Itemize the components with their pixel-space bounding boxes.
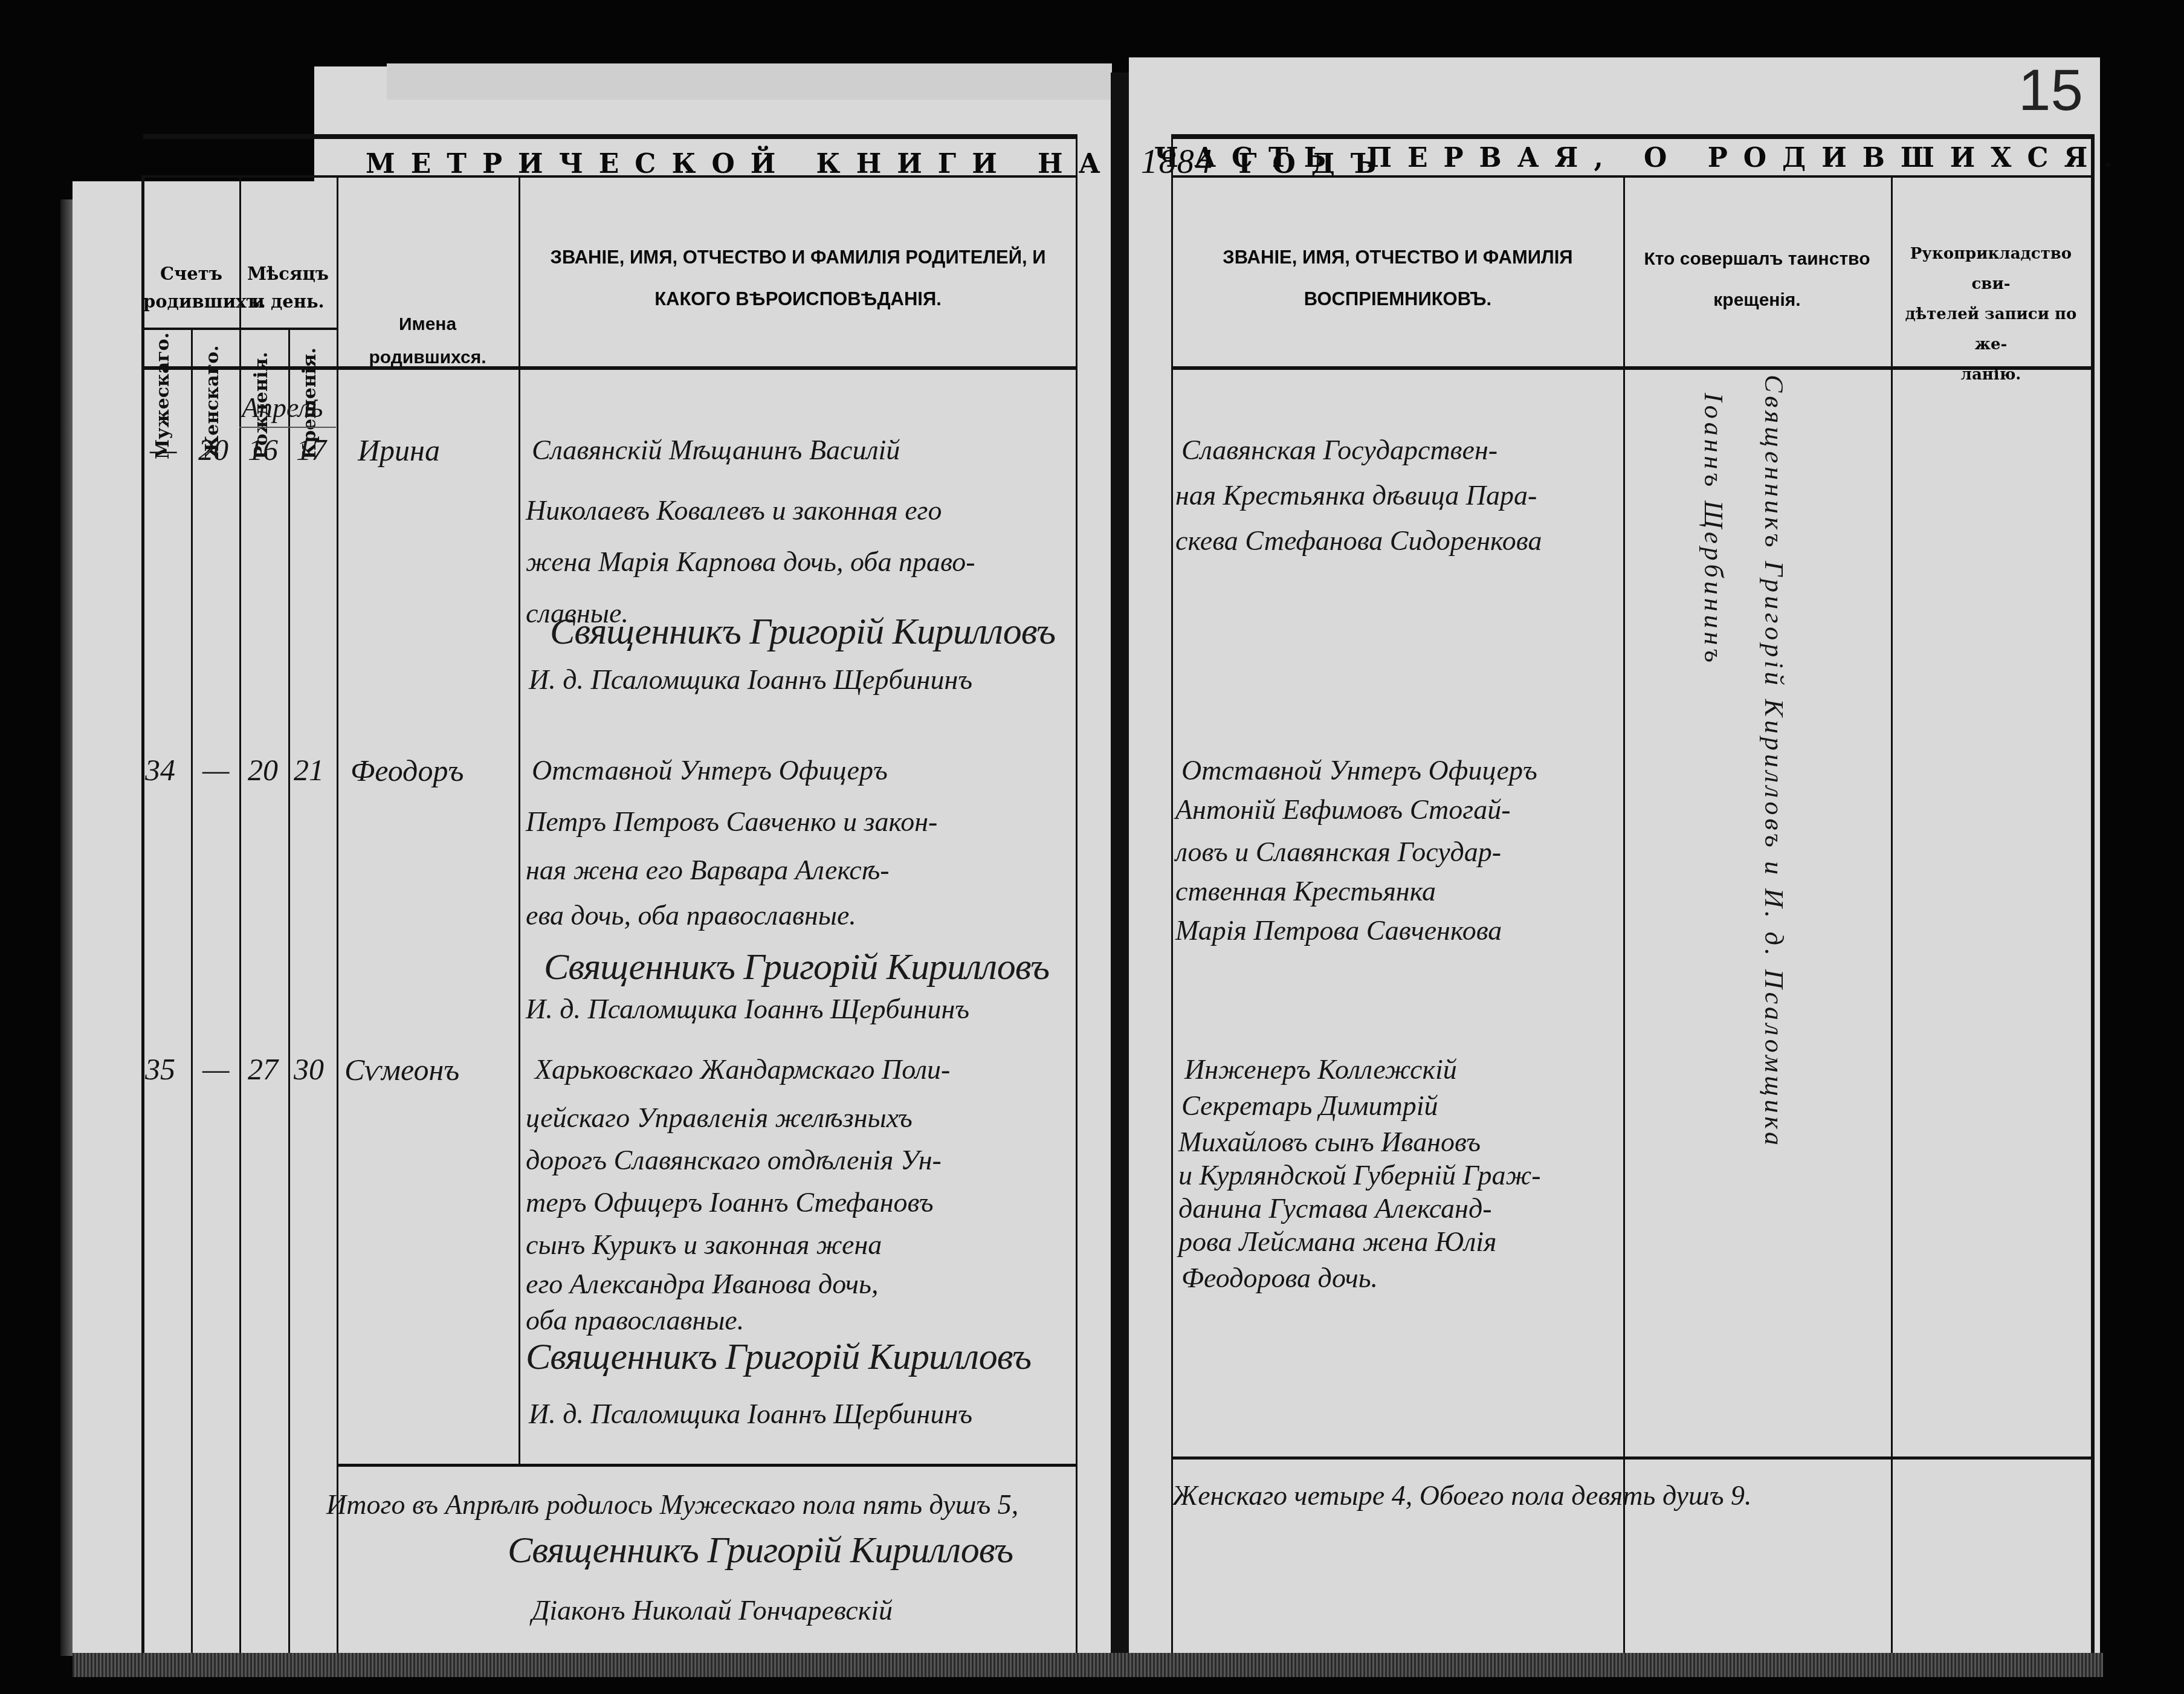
header-count-group: Счетъ родившихъ. [143,260,239,315]
header-godparents-line1: ЗВАНІЕ, ИМЯ, ОТЧЕСТВО И ФАМИЛІЯ [1172,247,1623,268]
left-table-edge [141,175,144,1653]
title-top-rule [143,134,1077,139]
header-witness-line3: ланію. [1891,360,2091,390]
left-table-right-edge [1076,134,1077,1653]
entry-parents-line: Славянскій Мѣщанинъ Василій [532,420,900,480]
entry-child-name: Сѵмеонъ [344,1039,459,1100]
clerk-signature: И. д. Псаломщика Іоаннъ Щербининъ [529,650,972,710]
entry-child-name: Феодоръ [351,740,464,801]
officiant-vertical-line2: Іоаннъ Щербининъ [1698,393,1729,1178]
header-date-group: Мѣсяцъ и день. [239,260,337,315]
entry-female-count: — [202,752,229,787]
entry-birth-day: 16 [248,432,278,467]
entry-birth-day: 27 [248,1052,278,1087]
header-bottom-rule [143,366,1077,370]
col-line [1891,177,1893,1653]
col-line [519,177,520,1464]
col-line [288,329,290,1653]
entry-baptism-day: 21 [294,752,324,787]
book-gutter [1111,73,1129,1653]
month-underline [239,427,336,428]
entry-baptism-day: 17 [296,432,326,467]
header-officiant-line1: Кто совершалъ таинство [1623,249,1891,270]
godparents-line: скева Стефанова Сидоренкова [1175,511,1542,571]
col-line [337,177,338,1653]
entry-baptism-day: 30 [294,1052,324,1087]
footer-deacon-signature: Діаконъ Николай Гончаревскій [532,1580,893,1641]
header-sub-rule [143,328,337,330]
right-totals-line: Женскаго четыре 4, Обоего пола девять ду… [1172,1466,1752,1526]
entry-male-count: 35 [145,1052,175,1087]
entry-birth-day: 20 [248,752,278,787]
entry-child-name: Ирина [358,420,440,480]
header-witness-line2: дѣтелей записи по же- [1891,299,2091,360]
title-bottom-rule [1172,175,2094,178]
month-label: Апрель [242,378,323,438]
page-number: 15 [2018,57,2083,124]
godparents-line: Марія Петрова Савченкова [1175,900,1502,961]
right-table-left-edge [1171,134,1173,1653]
clerk-signature: И. д. Псаломщика Іоаннъ Щербининъ [529,1384,972,1444]
col-line [191,329,193,1653]
entry-female-count: — [202,1052,229,1087]
header-witness-line1: Рукоприкладство сви- [1891,239,2091,299]
col-line [1623,177,1625,1653]
entry-male-count: — [150,432,176,467]
right-table-right-edge [2091,134,2095,1653]
totals-rule [337,1464,1077,1467]
totals-rule [1172,1456,2094,1460]
entry-female-count: 20 [198,432,228,467]
binding-bottom [73,1653,2103,1677]
header-parents-line1: ЗВАНІЕ, ИМЯ, ОТЧЕСТВО И ФАМИЛІЯ РОДИТЕЛЕ… [519,247,1077,268]
header-witness: Рукоприкладство сви- дѣтелей записи по ж… [1891,239,2091,390]
header-godparents-line2: ВОСПРІЕМНИКОВЪ. [1172,288,1623,310]
left-page-torn-tab [387,63,1112,100]
godparents-line: Феодорова дочь. [1181,1248,1378,1308]
header-parents-line2: КАКОГО ВѢРОИСПОВѢДАНІЯ. [519,288,1077,310]
header-names-line2: родившихся. [337,348,519,368]
col-line [239,177,241,1653]
entry-male-count: 34 [145,752,175,787]
right-page-title: ЧАСТЬ ПЕРВАЯ, О РОДИВШИХСЯ. [1154,143,2128,173]
header-officiant-line2: крещенія. [1623,290,1891,311]
title-top-rule [1172,134,2094,139]
clerk-signature: И. д. Псаломщика Іоаннъ Щербининъ [526,979,969,1039]
header-names-line1: Имена [337,314,519,335]
officiant-vertical-line1: Священникъ Григорій Кирилловъ и И. д. Пс… [1759,375,1789,1372]
